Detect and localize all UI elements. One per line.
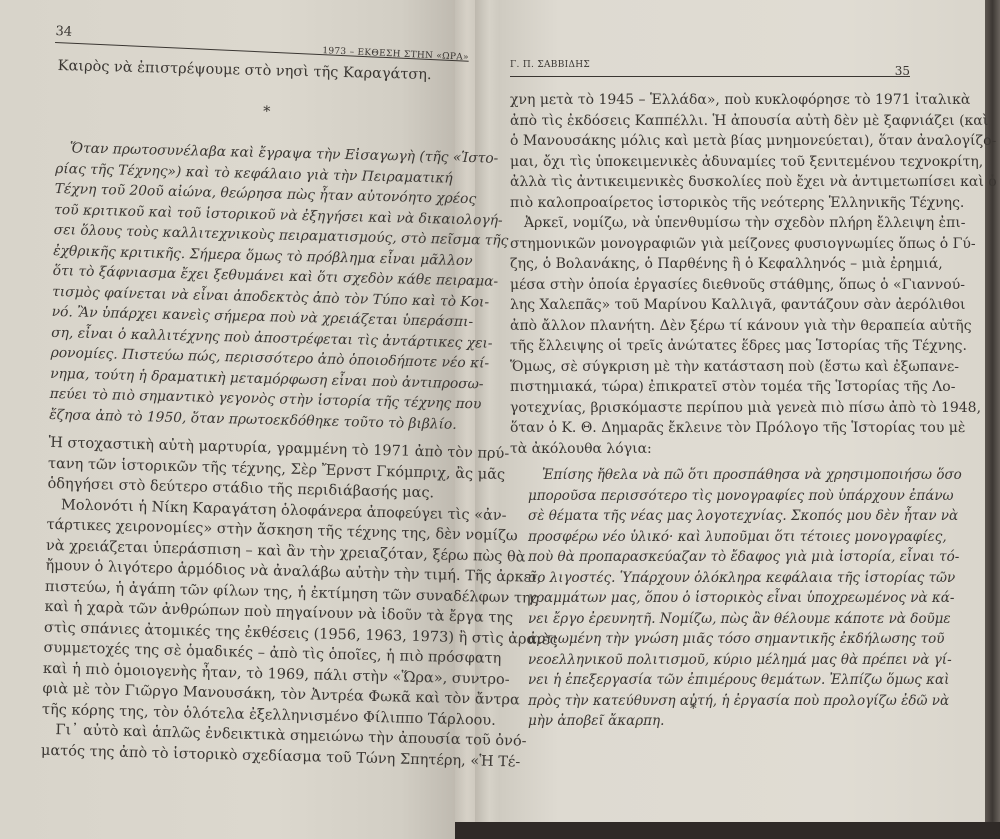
text-line: στημονικῶν μονογραφιῶν γιὰ μείζονες φυσι… (510, 234, 920, 255)
text-line: ὁ Μανουσάκης μόλις καὶ μετὰ βίας μνημονε… (510, 131, 920, 152)
quote-line: νεοελληνικοῦ πολιτισμοῦ, κύριο μέλημά μα… (528, 650, 928, 671)
quote-line: γραμμάτων μας, ὅπου ὁ ἱστορικὸς εἶναι ὑπ… (528, 588, 928, 609)
left-page-number: 34 (55, 24, 72, 40)
right-page-body: χνη μετὰ τὸ 1945 – Ἑλλάδα», ποὺ κυκλοφόρ… (510, 90, 920, 459)
text-line: Ἀρκεῖ, νομίζω, νὰ ὑπενθυμίσω τὴν σχεδὸν … (510, 213, 920, 234)
quote-line: ἀρτιωμένη τὴν γνώση μιᾶς τόσο σημαντικῆς… (528, 629, 928, 650)
header-rule (510, 76, 910, 77)
quote-line: σὲ θέματα τῆς νέας μας λογοτεχνίας. Σκοπ… (528, 506, 928, 527)
right-running-head: Γ. Π. ΣΑΒΒΙΔΗΣ 35 (510, 60, 910, 82)
paragraph-2: Ἀρκεῖ, νομίζω, νὰ ὑπενθυμίσω τὴν σχεδὸν … (510, 213, 920, 459)
text-line: τῆς ἔλλειψης οἱ τρεῖς ἀνώτατες ἕδρες μας… (510, 336, 920, 357)
quote-line: Ἐπίσης ἤθελα νὰ πῶ ὅτι προσπάθησα νὰ χρη… (528, 465, 928, 486)
quote-line: νει ἡ ἐπεξεργασία τῶν ἐπιμέρους θεμάτων.… (528, 670, 928, 691)
text-line: Ὅμως, σὲ σύγκριση μὲ τὴν κατάσταση ποὺ (… (510, 357, 920, 378)
quote-line: μὴν ἀποβεῖ ἄκαρπη. (528, 711, 928, 732)
left-page-body: Καιρὸς νὰ ἐπιστρέψουμε στὸ νησὶ τῆς Καρα… (41, 56, 478, 771)
text-line: ἀλλὰ τὶς ἀντικειμενικὲς δυσκολίες ποὺ ἔχ… (510, 172, 920, 193)
text-line: χνη μετὰ τὸ 1945 – Ἑλλάδα», ποὺ κυκλοφόρ… (510, 90, 920, 111)
text-line: μαι, ὄχι τὶς ὑποκειμενικὲς ἀδυναμίες τοῦ… (510, 152, 920, 173)
text-line: ἀπὸ τὶς ἐκδόσεις Καππέλλι. Ἡ ἀπουσία αὐτ… (510, 111, 920, 132)
quote-line: προσφέρω νέο ὑλικό· καὶ λυποῦμαι ὅτι τέτ… (528, 527, 928, 548)
quote-line: πρὸς τὴν κατεύθυνση αὐτή, ἡ ἐργασία ποὺ … (528, 691, 928, 712)
text-line: μέσα στὴν ὁποία ἐργασίες διεθνοῦς στάθμη… (510, 275, 920, 296)
gombrich-quote: Ὅταν πρωτοσυνέλαβα καὶ ἔγραψα τὴν Εἰσαγω… (49, 138, 476, 435)
text-line: πιὸ καλοπροαίρετος ἱστορικὸς τῆς νεότερη… (510, 193, 920, 214)
quote-line: νει ἔργο ἐρευνητῆ. Νομίζω, πὼς ἂν θέλουμ… (528, 609, 928, 630)
text-line: τὰ ἀκόλουθα λόγια: (510, 439, 920, 460)
section-separator: * (690, 700, 697, 720)
quote-line: ποὺ θὰ προπαρασκεύαζαν τὸ ἔδαφος γιὰ μιὰ… (528, 547, 928, 568)
quote-line: μποροῦσα περισσότερο τὶς μονογραφίες ποὺ… (528, 486, 928, 507)
background-table (455, 822, 1000, 839)
paragraph-2: Μολονότι ἡ Νίκη Καραγάτση ὁλοφάνερα ἀποφ… (42, 494, 467, 730)
dimaras-quote: Ἐπίσης ἤθελα νὰ πῶ ὅτι προσπάθησα νὰ χρη… (528, 465, 928, 732)
text-line: ἀπὸ ἄλλον πλανήτη. Δὲν ξέρω τί κάνουν γι… (510, 316, 920, 337)
text-line: ὅταν ὁ Κ. Θ. Δημαρᾶς ἔκλεινε τὸν Πρόλογο… (510, 418, 920, 439)
text-line: λης Χαλεπᾶς» τοῦ Μαρίνου Καλλιγᾶ, φαντάζ… (510, 295, 920, 316)
text-line: ζης, ὁ Βολανάκης, ὁ Παρθένης ἢ ὁ Κεφαλλη… (510, 254, 920, 275)
quote-line: σο λιγοστές. Ὑπάρχουν ὁλόκληρα κεφάλαια … (528, 568, 928, 589)
text-line: γοτεχνίας, βρισκόμαστε περίπου μιὰ γενεὰ… (510, 398, 920, 419)
paragraph-1: χνη μετὰ τὸ 1945 – Ἑλλάδα», ποὺ κυκλοφόρ… (510, 90, 920, 213)
right-running-title: Γ. Π. ΣΑΒΒΙΔΗΣ (510, 60, 590, 70)
paragraph-1: Ἡ στοχαστικὴ αὐτὴ μαρτυρία, γραμμένη τὸ … (47, 433, 468, 505)
text-line: πιστημιακά, τώρα) ἐπικρατεῖ στὸν τομέα τ… (510, 377, 920, 398)
open-book-spread: 34 1973 – ΕΚΘΕΣΗ ΣΤΗΝ «ΩΡΑ» Καιρὸς νὰ ἐπ… (0, 0, 1000, 839)
